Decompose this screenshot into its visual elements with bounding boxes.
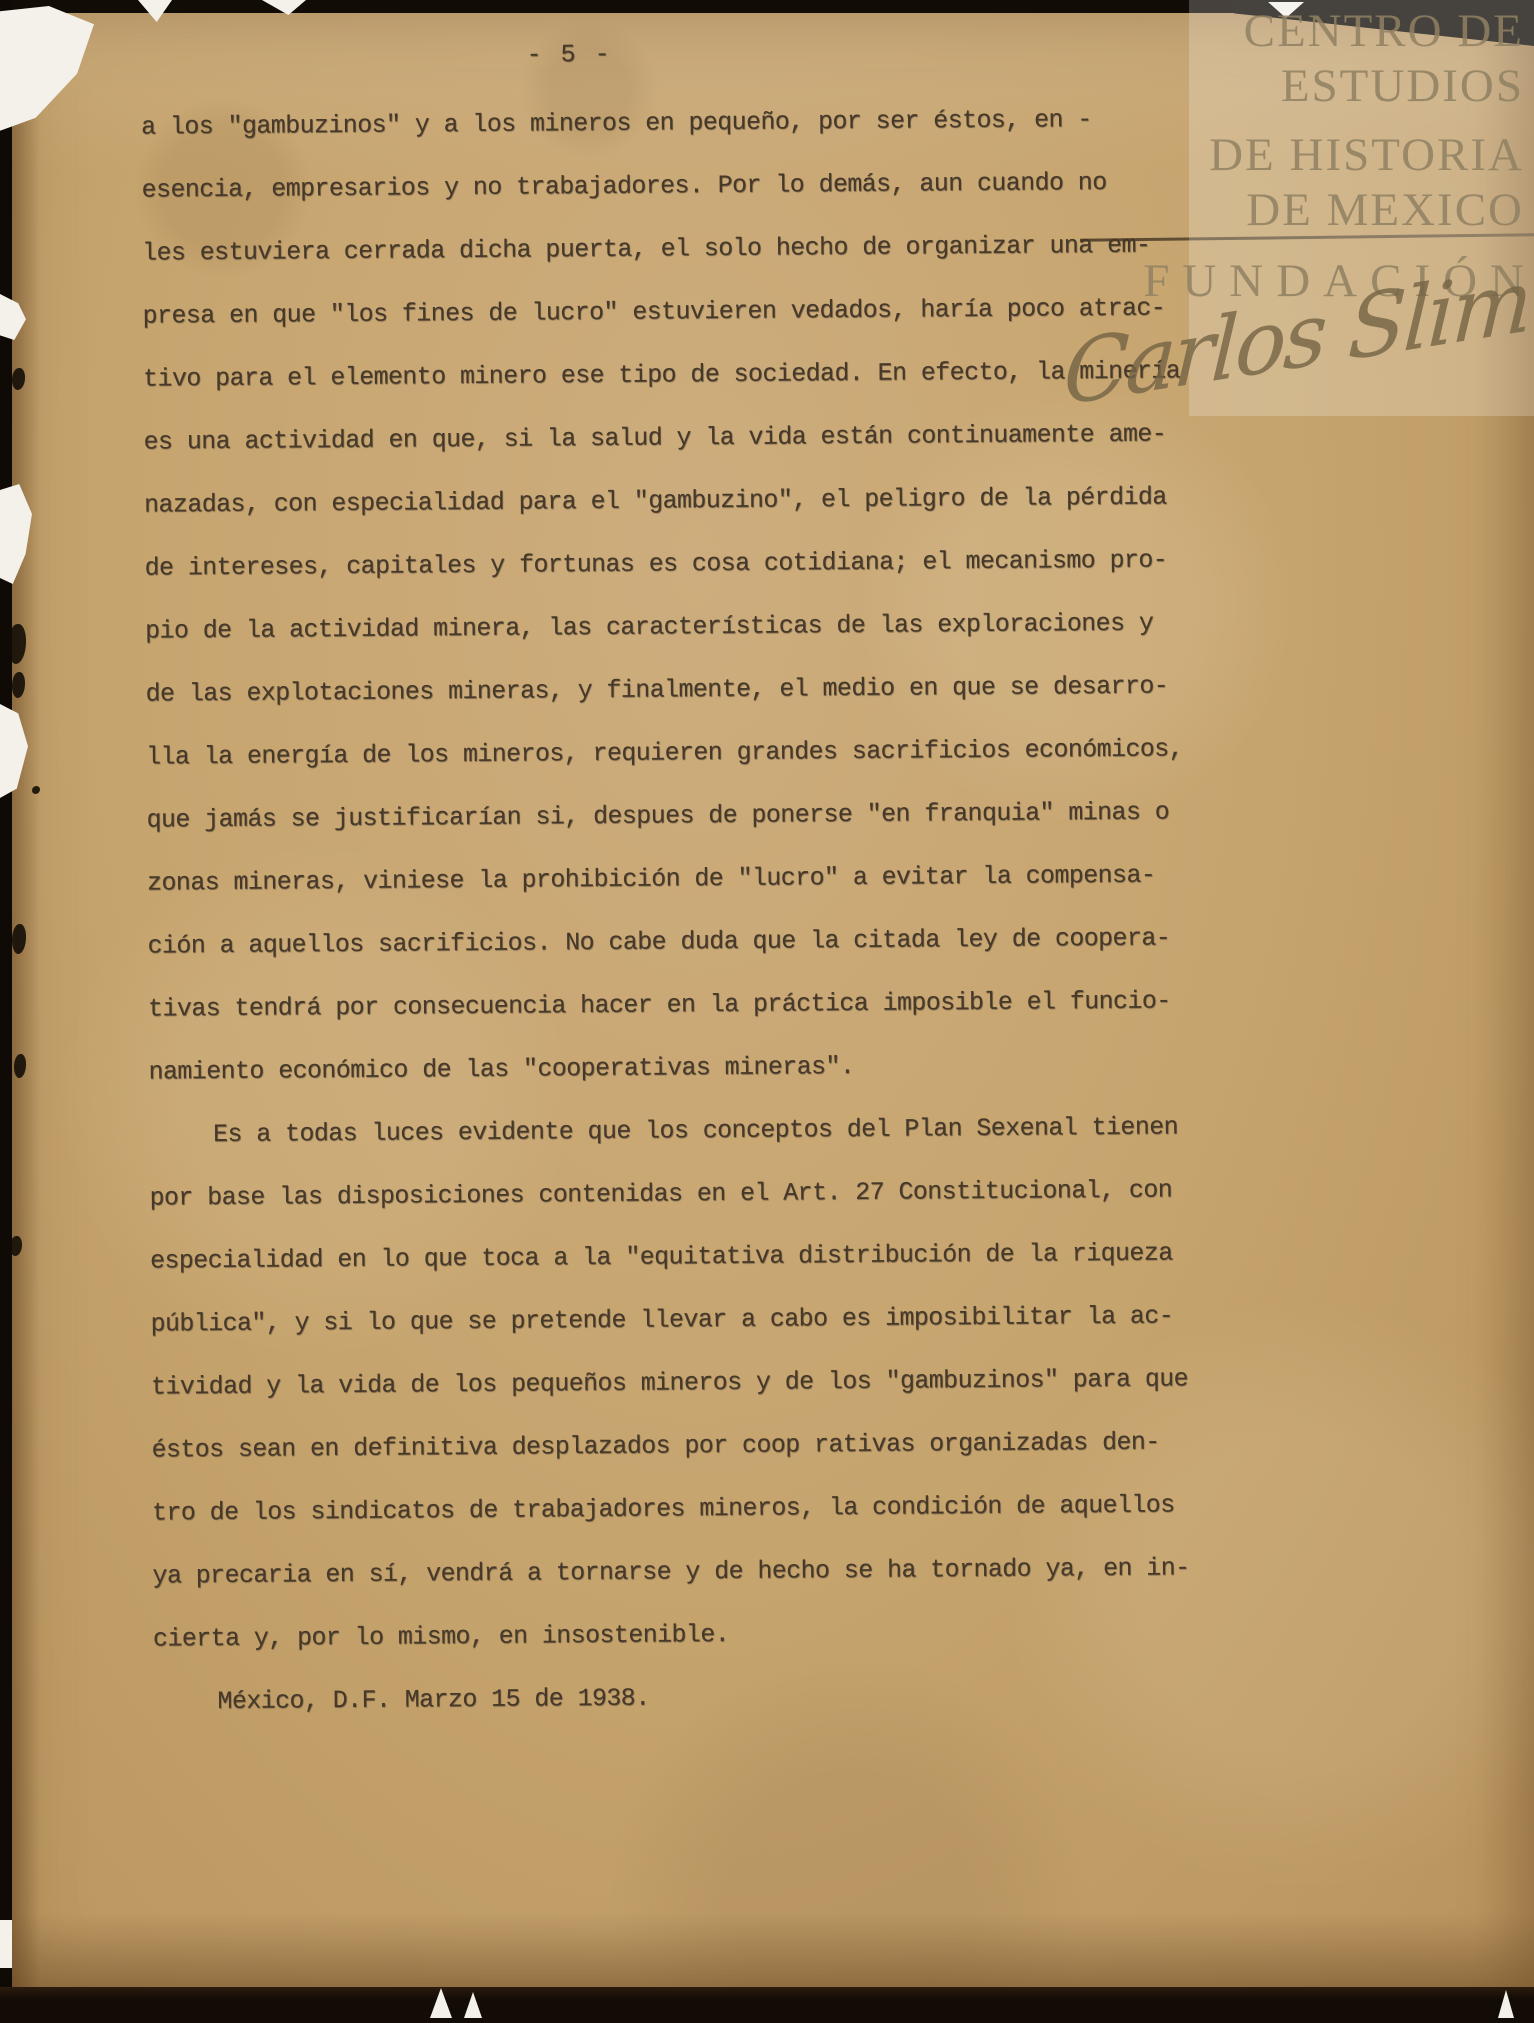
text-line: zonas mineras, viniese la prohibición de…: [147, 843, 1184, 914]
text-line: de las explotaciones mineras, y finalmen…: [145, 654, 1182, 725]
text-line: México, D.F. Marzo 15 de 1938.: [153, 1662, 1190, 1733]
text-line: por base las disposiciones contenidas en…: [149, 1158, 1186, 1229]
text-line: lla la energía de los mineros, requieren…: [146, 717, 1183, 788]
torn-paper-patch: [0, 1920, 12, 1968]
text-line: que jamás se justificarían si, despues d…: [146, 780, 1183, 851]
text-line: es una actividad en que, si la salud y l…: [143, 402, 1180, 473]
text-line: cierta y, por lo mismo, en insostenible.: [153, 1599, 1190, 1670]
text-line: esencia, empresarios y no trabajadores. …: [141, 150, 1178, 221]
scan-border-bottom: [0, 1987, 1534, 2023]
text-line: tivo para el elemento minero ese tipo de…: [143, 339, 1180, 410]
text-line: ya precaria en sí, vendrá a tornarse y d…: [152, 1536, 1189, 1607]
text-line: tividad y la vida de los pequeños minero…: [151, 1347, 1188, 1418]
text-line: éstos sean en definitiva desplazados por…: [151, 1410, 1188, 1481]
watermark-line: DE MEXICO: [1143, 183, 1524, 238]
text-line: de intereses, capitales y fortunas es co…: [144, 528, 1181, 599]
watermark-line: CENTRO DE: [1143, 4, 1524, 59]
text-line: tivas tendrá por consecuencia hacer en l…: [148, 969, 1185, 1040]
text-line: pública", y si lo que se pretende llevar…: [150, 1284, 1187, 1355]
text-line: presa en que "los fines de lucro" estuvi…: [142, 276, 1179, 347]
text-line: especialidad en lo que toca a la "equita…: [150, 1221, 1187, 1292]
text-line: ción a aquellos sacrificios. No cabe dud…: [147, 906, 1184, 977]
text-line: namiento económico de las "cooperativas …: [148, 1032, 1185, 1103]
watermark-line: DE HISTORIA: [1143, 128, 1524, 183]
text-line: pio de la actividad minera, las caracter…: [145, 591, 1182, 662]
watermark-line: ESTUDIOS: [1143, 59, 1524, 114]
text-line: a los "gambuzinos" y a los mineros en pe…: [141, 87, 1178, 158]
typed-text: a los "gambuzinos" y a los mineros en pe…: [141, 87, 1191, 1733]
text-line: nazadas, con especialidad para el "gambu…: [144, 465, 1181, 536]
text-line: Es a todas luces evidente que los concep…: [149, 1095, 1186, 1166]
text-line: les estuviera cerrada dicha puerta, el s…: [142, 213, 1179, 284]
scanned-document-page: - 5 - a los "gambuzinos" y a los mineros…: [0, 0, 1534, 2023]
text-line: tro de los sindicatos de trabajadores mi…: [152, 1473, 1189, 1544]
page-number: - 5 -: [526, 40, 611, 70]
